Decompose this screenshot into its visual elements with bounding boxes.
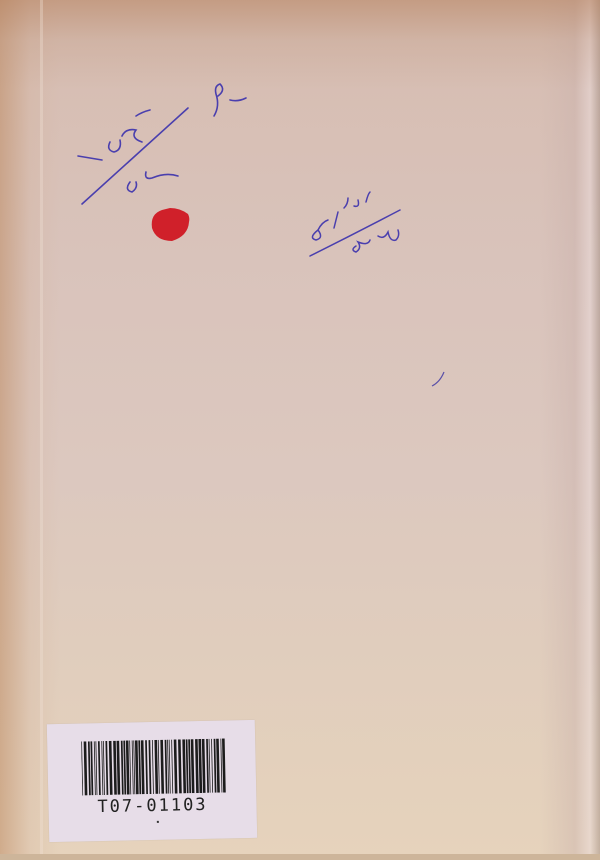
label-dot [157, 821, 159, 823]
red-dot-sticker [150, 208, 190, 242]
page-crease [40, 0, 43, 860]
barcode [81, 738, 226, 795]
barcode-label: T07-01103 [47, 720, 257, 842]
barcode-number: T07-01103 [48, 794, 256, 818]
scanned-page: T07-01103 [0, 0, 600, 860]
faint-pen-stroke [430, 370, 450, 394]
handwritten-fraction-top-left [70, 80, 250, 224]
page-bottom-edge [0, 854, 600, 860]
handwritten-fraction-center [304, 190, 414, 269]
